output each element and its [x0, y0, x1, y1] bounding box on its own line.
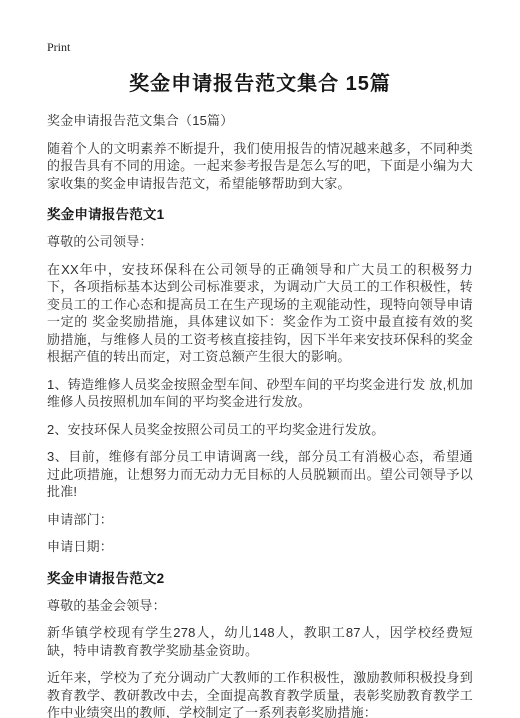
- article1-date-label: 申请日期：: [47, 538, 473, 556]
- article1-item-3: 3、目前，维修有部分员工申请调离一线，部分员工有消极心态，希望通过此项措施，让想…: [47, 448, 473, 501]
- article1-body-paragraph: 在XX年中，安技环保科在公司领导的正确领导和广大员工的积极努力下，各项指标基本达…: [47, 261, 473, 366]
- article1-item-2: 2、安技环保人员奖金按照公司员工的平均奖金进行发放。: [47, 421, 473, 439]
- document-title: 奖金申请报告范文集合 15篇: [47, 71, 473, 97]
- article1-salutation: 尊敬的公司领导：: [47, 233, 473, 251]
- article2-paragraph-2: 近年来，学校为了充分调动广大教师的工作积极性，激励教师积极投身到教育教学、教研教…: [47, 669, 473, 718]
- article2-paragraph-1: 新华镇学校现有学生278人，幼儿148人，教职工87人，因学校经费短缺，特申请教…: [47, 624, 473, 659]
- article1-item-1: 1、铸造维修人员奖金按照金型车间、砂型车间的平均奖金进行发 放,机加维修人员按照…: [47, 376, 473, 411]
- article1-heading: 奖金申请报告范文1: [47, 206, 473, 223]
- intro-paragraph: 随着个人的文明素养不断提升，我们使用报告的情况越来越多，不同种类的报告具有不同的…: [47, 140, 473, 193]
- article2-heading: 奖金申请报告范文2: [47, 570, 473, 587]
- document-subtitle: 奖金申请报告范文集合（15篇）: [47, 112, 473, 130]
- document-page: Print 奖金申请报告范文集合 15篇 奖金申请报告范文集合（15篇） 随着个…: [0, 0, 520, 718]
- print-link[interactable]: Print: [47, 40, 70, 55]
- article1-department-label: 申请部门：: [47, 511, 473, 529]
- article2-salutation: 尊敬的基金会领导：: [47, 597, 473, 615]
